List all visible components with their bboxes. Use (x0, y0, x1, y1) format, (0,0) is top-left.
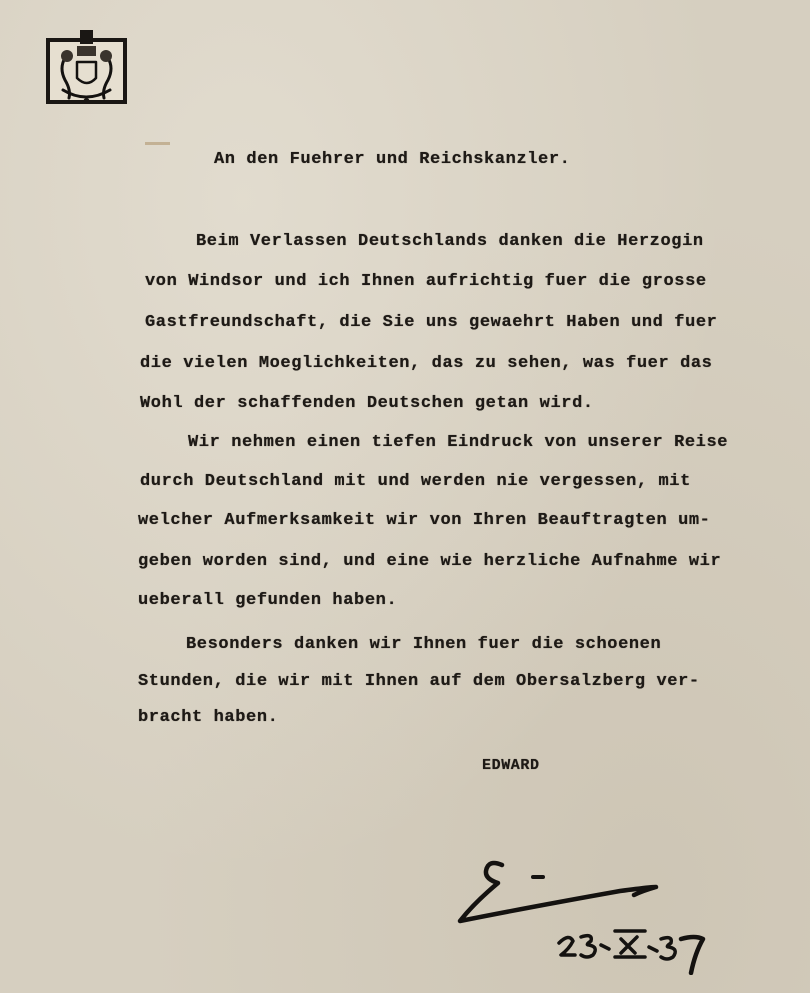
paragraph-2-line-2: durch Deutschland mit und werden nie ver… (140, 472, 691, 492)
paragraph-3-line-1: Besonders danken wir Ihnen fuer die scho… (186, 635, 661, 655)
paragraph-1-line-2: von Windsor und ich Ihnen aufrichtig fue… (145, 272, 707, 292)
paragraph-3-line-2: Stunden, die wir mit Ihnen auf dem Obers… (138, 672, 700, 692)
royal-coat-of-arms-icon (45, 28, 128, 108)
paragraph-1-line-1: Beim Verlassen Deutschlands danken die H… (196, 232, 704, 252)
paragraph-3-line-3: bracht haben. (138, 708, 278, 728)
paragraph-2-line-3: welcher Aufmerksamkeit wir von Ihren Bea… (138, 511, 711, 531)
paragraph-1-line-3: Gastfreundschaft, die Sie uns gewaehrt H… (145, 313, 718, 333)
handwritten-signature (455, 855, 685, 930)
letter-page: An den Fuehrer und Reichskanzler. Beim V… (0, 0, 810, 993)
typed-signature: EDWARD (482, 756, 540, 776)
paragraph-1-line-5: Wohl der schaffenden Deutschen getan wir… (140, 394, 594, 414)
paragraph-2-line-4: geben worden sind, und eine wie herzlich… (138, 552, 721, 572)
paragraph-2-line-1: Wir nehmen einen tiefen Eindruck von uns… (188, 433, 728, 453)
handwritten-date (555, 925, 735, 975)
paragraph-2-line-5: ueberall gefunden haben. (138, 591, 397, 611)
pencil-mark (145, 142, 170, 145)
salutation: An den Fuehrer und Reichskanzler. (214, 150, 570, 170)
paragraph-1-line-4: die vielen Moeglichkeiten, das zu sehen,… (140, 354, 713, 374)
